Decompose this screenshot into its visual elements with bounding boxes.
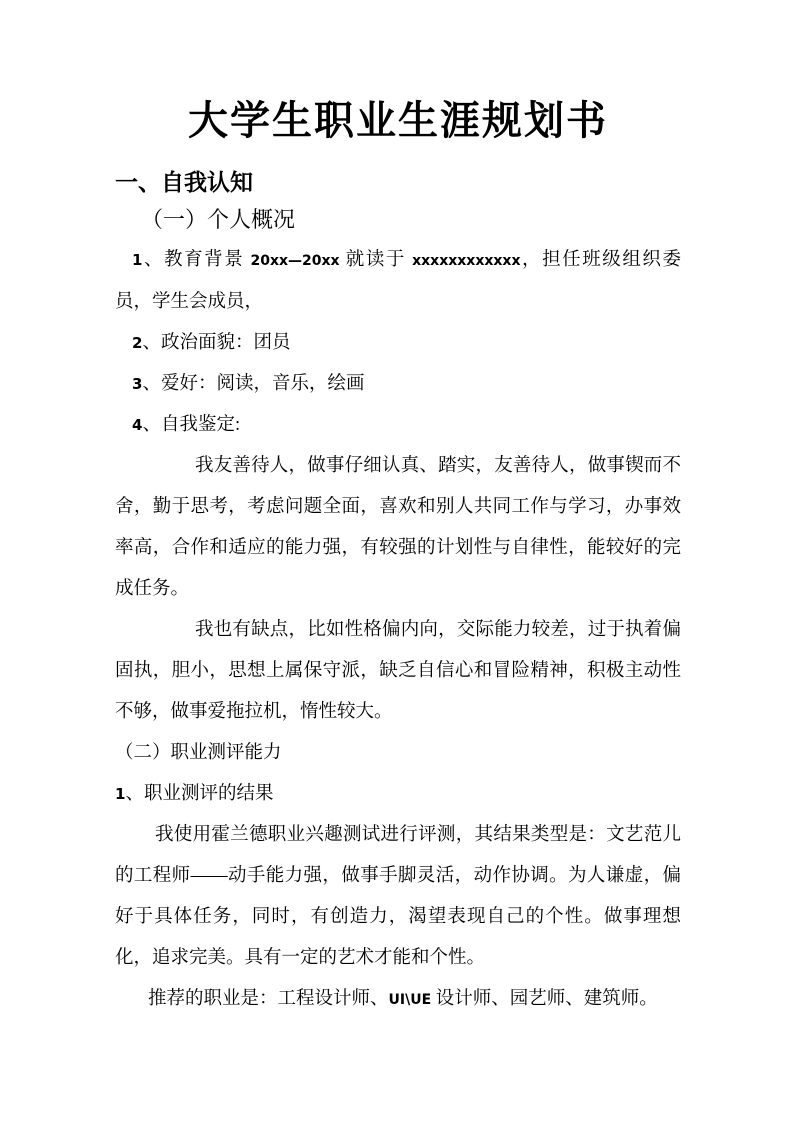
education-item: 1、教育背景 20xx—20xx 就读于 xxxxxxxxxxxx，担任班级组织… (115, 240, 681, 323)
assessment-paragraph: 我使用霍兰德职业兴趣测试进行评测，其结果类型是：文艺范儿的工程师——动手能力强，… (115, 815, 681, 979)
recommended-jobs-paragraph: 推荐的职业是：工程设计师、UI\UE 设计师、园艺师、建筑师。 (115, 979, 681, 1021)
education-school-placeholder: xxxxxxxxxxxx (412, 253, 520, 269)
section-1-heading: 一、自我认知 (115, 166, 681, 198)
self-evaluation-item: 4、自我鉴定: (115, 405, 681, 446)
political-status-item: 2、政治面貌：团员 (115, 323, 681, 364)
education-item-number: 1 (132, 251, 142, 269)
assessment-result-item: 1、职业测评的结果 (115, 774, 681, 815)
assessment-result-item-number: 1 (115, 785, 125, 803)
hobbies-item: 3、爱好：阅读，音乐，绘画 (115, 364, 681, 405)
document-body: 1、教育背景 20xx—20xx 就读于 xxxxxxxxxxxx，担任班级组织… (115, 240, 681, 1021)
recommended-jobs-latin: UI\UE (389, 992, 432, 1008)
education-item-mid: 就读于 (340, 250, 413, 270)
document-title: 大学生职业生涯规划书 (115, 98, 681, 144)
weaknesses-paragraph: 我也有缺点，比如性格偏内向，交际能力较差，过于执着偏固执，胆小，思想上属保守派，… (115, 610, 681, 733)
document-page: 大学生职业生涯规划书 一、自我认知 （一）个人概况 1、教育背景 20xx—20… (0, 0, 793, 1122)
assessment-result-item-text: 、职业测评的结果 (125, 784, 273, 804)
education-years-range: 20xx—20xx (250, 253, 339, 269)
subsection-1-1-heading: （一）个人概况 (115, 204, 681, 236)
hobbies-item-text: 、爱好：阅读，音乐，绘画 (142, 374, 364, 394)
recommended-jobs-post: 设计师、园艺师、建筑师。 (431, 989, 658, 1009)
self-evaluation-item-text: 、自我鉴定: (142, 415, 240, 435)
political-item-text: 、政治面貌：团员 (142, 333, 290, 353)
political-item-number: 2 (132, 334, 142, 352)
subsection-1-2-heading: （二）职业测评能力 (115, 733, 681, 774)
self-evaluation-item-number: 4 (132, 416, 142, 434)
hobbies-item-number: 3 (132, 375, 142, 393)
recommended-jobs-pre: 推荐的职业是：工程设计师、 (148, 989, 389, 1009)
education-item-label: 、教育背景 (142, 250, 250, 270)
strengths-paragraph: 我友善待人，做事仔细认真、踏实，友善待人，做事锲而不舍，勤于思考，考虑问题全面，… (115, 446, 681, 610)
